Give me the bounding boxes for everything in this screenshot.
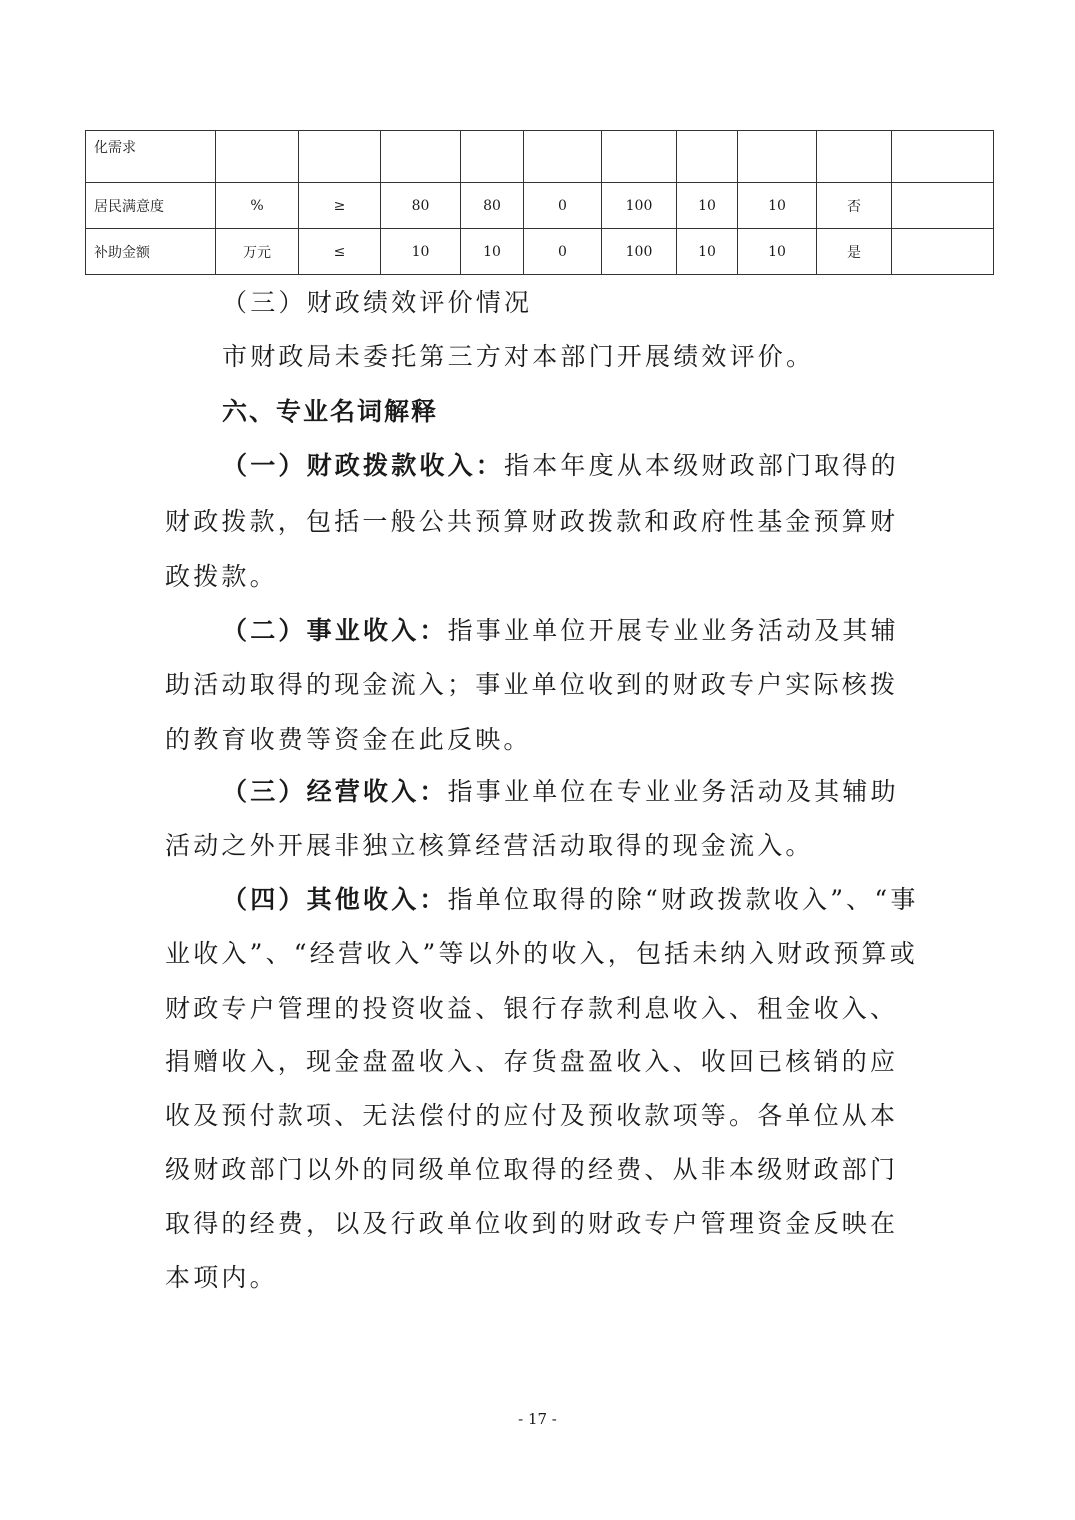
table-row: 补助金额 万元 ≤ 10 10 0 100 10 10 是 [86,229,994,275]
definition-line: 财政专户管理的投资收益、银行存款利息收入、租金收入、 [165,994,898,1024]
section-heading: 六、专业名词解释 [222,397,438,427]
table-cell: 80 [461,183,524,229]
definition-line: 业收入”、“经营收入”等以外的收入，包括未纳入财政预算或 [165,939,918,969]
table-cell: 补助金额 [86,229,216,275]
page-number: - 17 - [0,1410,1075,1428]
definition-line: 政拨款。 [165,562,278,592]
table-cell: 万元 [216,229,299,275]
table-row: 化需求 [86,131,994,183]
definition-line: 收及预付款项、无法偿付的应付及预收款项等。各单位从本 [165,1101,898,1131]
definition-line: 活动之外开展非独立核算经营活动取得的现金流入。 [165,831,814,861]
definition-line: 本项内。 [165,1263,278,1293]
definition-first-line: （一）财政拨款收入：指本年度从本级财政部门取得的 [222,451,899,481]
definition-text: 指单位取得的除“财政拨款收入”、“事 [448,885,919,914]
performance-indicator-table: 化需求 居民满意度 % ≥ 80 80 0 100 10 10 否 补助金额 万… [85,130,994,275]
table-cell [216,131,299,183]
table-cell: ≥ [299,183,381,229]
table-cell [381,131,461,183]
definition-first-line: （四）其他收入：指单位取得的除“财政拨款收入”、“事 [222,885,919,915]
paragraph: 市财政局未委托第三方对本部门开展绩效评价。 [222,342,814,372]
definition-line: 财政拨款，包括一般公共预算财政拨款和政府性基金预算财 [165,507,898,537]
table-cell: 10 [738,229,817,275]
definition-text: 指事业单位开展专业业务活动及其辅 [448,616,899,645]
definition-text: 指本年度从本级财政部门取得的 [504,451,899,480]
table-cell [677,131,738,183]
table-cell [461,131,524,183]
table-cell: 是 [817,229,892,275]
table-cell [602,131,677,183]
table-cell [738,131,817,183]
table-cell: 居民满意度 [86,183,216,229]
table-cell: 10 [677,229,738,275]
table-cell: 10 [738,183,817,229]
table-cell [524,131,602,183]
table-cell [299,131,381,183]
definition-term: （二）事业收入： [222,616,448,645]
table-cell [817,131,892,183]
definition-term: （三）经营收入： [222,777,448,806]
table-row: 居民满意度 % ≥ 80 80 0 100 10 10 否 [86,183,994,229]
table-cell: % [216,183,299,229]
definition-term: （一）财政拨款收入： [222,451,504,480]
definition-text: 指事业单位在专业业务活动及其辅助 [448,777,899,806]
table-cell: 10 [381,229,461,275]
definition-line: 取得的经费，以及行政单位收到的财政专户管理资金反映在 [165,1209,898,1239]
table-cell: 0 [524,229,602,275]
table-cell: 100 [602,229,677,275]
table-cell: 80 [381,183,461,229]
table-cell [892,229,994,275]
definition-first-line: （二）事业收入：指事业单位开展专业业务活动及其辅 [222,616,899,646]
subsection-heading: （三）财政绩效评价情况 [222,288,532,318]
table-cell: 10 [677,183,738,229]
table-cell [892,183,994,229]
definition-line: 的教育收费等资金在此反映。 [165,725,532,755]
table-cell: 否 [817,183,892,229]
table-cell: 100 [602,183,677,229]
table-cell [892,131,994,183]
definition-line: 捐赠收入，现金盘盈收入、存货盘盈收入、收回已核销的应 [165,1047,898,1077]
definition-first-line: （三）经营收入：指事业单位在专业业务活动及其辅助 [222,777,899,807]
table-cell: 10 [461,229,524,275]
definition-line: 助活动取得的现金流入；事业单位收到的财政专户实际核拨 [165,670,898,700]
definition-line: 级财政部门以外的同级单位取得的经费、从非本级财政部门 [165,1155,898,1185]
definition-term: （四）其他收入： [222,885,448,914]
table-cell: ≤ [299,229,381,275]
table-cell: 0 [524,183,602,229]
table-cell: 化需求 [86,131,216,183]
